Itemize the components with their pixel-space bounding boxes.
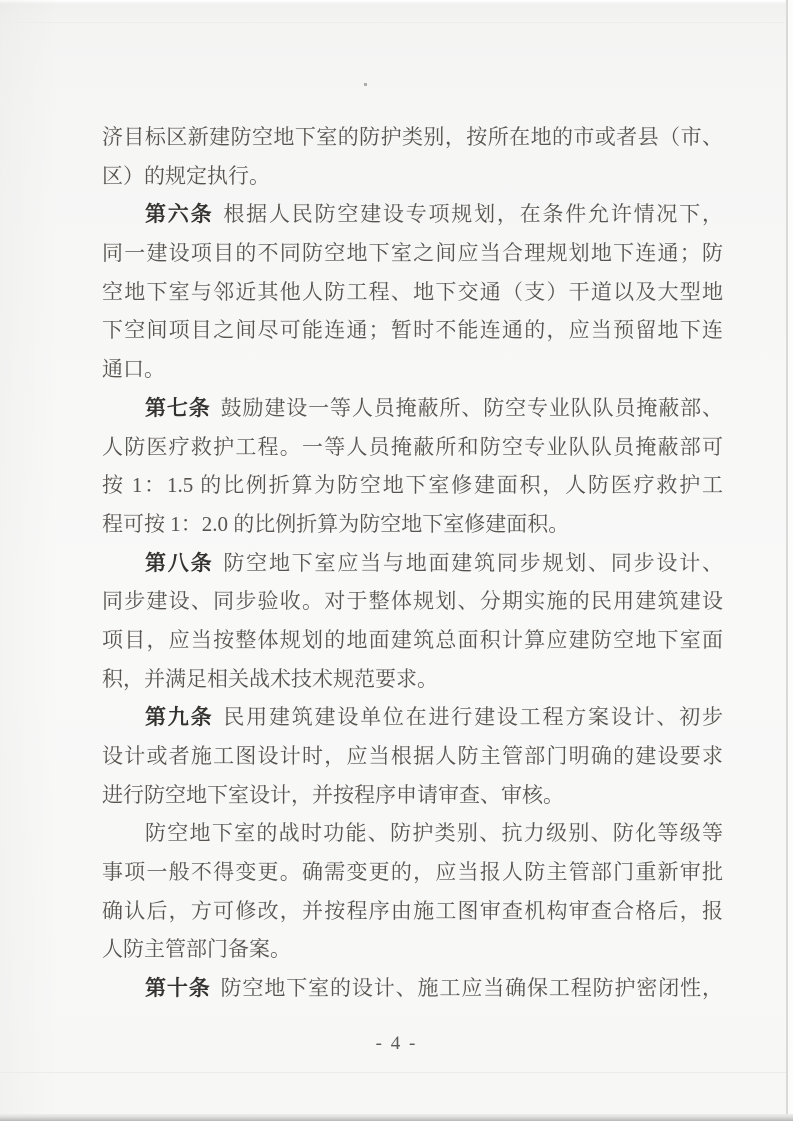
text-line: 空地下室与邻近其他人防工程、地下交通（支）干道以及大型地 [102,273,723,312]
text-line: 进行防空地下室设计，并按程序申请审查、审核。 [102,776,723,815]
text-line: 第六条根据人民防空建设专项规划，在条件允许情况下， [102,195,723,234]
scan-seam-bottom [0,1072,793,1073]
text-line: 积，并满足相关战术技术规范要求。 [102,660,723,699]
text-line: 人防主管部门备案。 [102,930,723,969]
line-text: 通口。 [102,357,165,381]
line-text: 积，并满足相关战术技术规范要求。 [102,667,438,691]
text-line: 区）的规定执行。 [102,157,723,196]
text-line: 通口。 [102,350,723,389]
line-text: 人防主管部门备案。 [102,937,291,961]
text-line: 同步建设、同步验收。对于整体规划、分期实施的民用建筑建设 [102,582,723,621]
article-heading: 第十条 [145,976,211,1000]
line-text: 人防医疗救护工程。一等人员掩蔽所和防空专业队队员掩蔽部可 [102,435,723,459]
page-number: - 4 - [0,1033,793,1055]
line-text: 防空地下室的战时功能、防护类别、抗力级别、防化等级等 [145,821,723,845]
text-line: 第七条鼓励建设一等人员掩蔽所、防空专业队队员掩蔽部、 [102,389,723,428]
line-text: 程可按 1：2.0 的比例折算为防空地下室修建面积。 [102,512,569,536]
line-text: 同步建设、同步验收。对于整体规划、分期实施的民用建筑建设 [102,589,723,613]
article-heading: 第九条 [145,705,213,729]
text-line: 项目，应当按整体规划的地面建筑总面积计算应建防空地下室面 [102,621,723,660]
article-heading: 第六条 [145,202,213,226]
text-line: 人防医疗救护工程。一等人员掩蔽所和防空专业队队员掩蔽部可 [102,428,723,467]
scan-edge-bottom [0,1114,793,1121]
line-text: 防空地下室应当与地面建筑同步规划、同步设计、 [223,551,723,575]
text-line: 第十条防空地下室的设计、施工应当确保工程防护密闭性， [102,969,723,1008]
line-text: 按 1：1.5 的比例折算为防空地下室修建面积，人防医疗救护工 [102,473,723,497]
text-line: 第八条防空地下室应当与地面建筑同步规划、同步设计、 [102,544,723,583]
text-line: 按 1：1.5 的比例折算为防空地下室修建面积，人防医疗救护工 [102,466,723,505]
line-text: 区）的规定执行。 [102,164,270,188]
line-text: 确认后，方可修改，并按程序由施工图审查机构审查合格后，报 [102,899,723,923]
text-line: 济目标区新建防空地下室的防护类别，按所在地的市或者县（市、 [102,118,723,157]
article-heading: 第八条 [145,551,213,575]
scanned-page: 济目标区新建防空地下室的防护类别，按所在地的市或者县（市、区）的规定执行。第六条… [0,0,793,1121]
line-text: 防空地下室的设计、施工应当确保工程防护密闭性， [221,976,723,1000]
text-line: 同一建设项目的不同防空地下室之间应当合理规划地下连通；防 [102,234,723,273]
scan-seam-top [0,22,793,23]
text-line: 第九条民用建筑建设单位在进行建设工程方案设计、初步 [102,698,723,737]
text-line: 程可按 1：2.0 的比例折算为防空地下室修建面积。 [102,505,723,544]
text-line: 确认后，方可修改，并按程序由施工图审查机构审查合格后，报 [102,892,723,931]
line-text: 项目，应当按整体规划的地面建筑总面积计算应建防空地下室面 [102,628,723,652]
scan-edge-right-line [786,0,788,1121]
line-text: 设计或者施工图设计时，应当根据人防主管部门明确的建设要求 [102,744,723,768]
text-line: 事项一般不得变更。确需变更的，应当报人防主管部门重新审批 [102,853,723,892]
line-text: 民用建筑建设单位在进行建设工程方案设计、初步 [223,705,723,729]
line-text: 进行防空地下室设计，并按程序申请审查、审核。 [102,783,564,807]
article-heading: 第七条 [145,396,211,420]
line-text: 空地下室与邻近其他人防工程、地下交通（支）干道以及大型地 [102,280,723,304]
text-line: 下空间项目之间尽可能连通；暂时不能连通的，应当预留地下连 [102,311,723,350]
line-text: 根据人民防空建设专项规划，在条件允许情况下， [223,202,723,226]
line-text: 济目标区新建防空地下室的防护类别，按所在地的市或者县（市、 [102,125,723,149]
text-line: 设计或者施工图设计时，应当根据人防主管部门明确的建设要求 [102,737,723,776]
line-text: 下空间项目之间尽可能连通；暂时不能连通的，应当预留地下连 [102,318,723,342]
text-line: 防空地下室的战时功能、防护类别、抗力级别、防化等级等 [102,814,723,853]
line-text: 鼓励建设一等人员掩蔽所、防空专业队队员掩蔽部、 [221,396,723,420]
scan-speck [364,83,367,86]
document-text: 济目标区新建防空地下室的防护类别，按所在地的市或者县（市、区）的规定执行。第六条… [102,118,723,1008]
line-text: 同一建设项目的不同防空地下室之间应当合理规划地下连通；防 [102,241,723,265]
line-text: 事项一般不得变更。确需变更的，应当报人防主管部门重新审批 [102,860,723,884]
